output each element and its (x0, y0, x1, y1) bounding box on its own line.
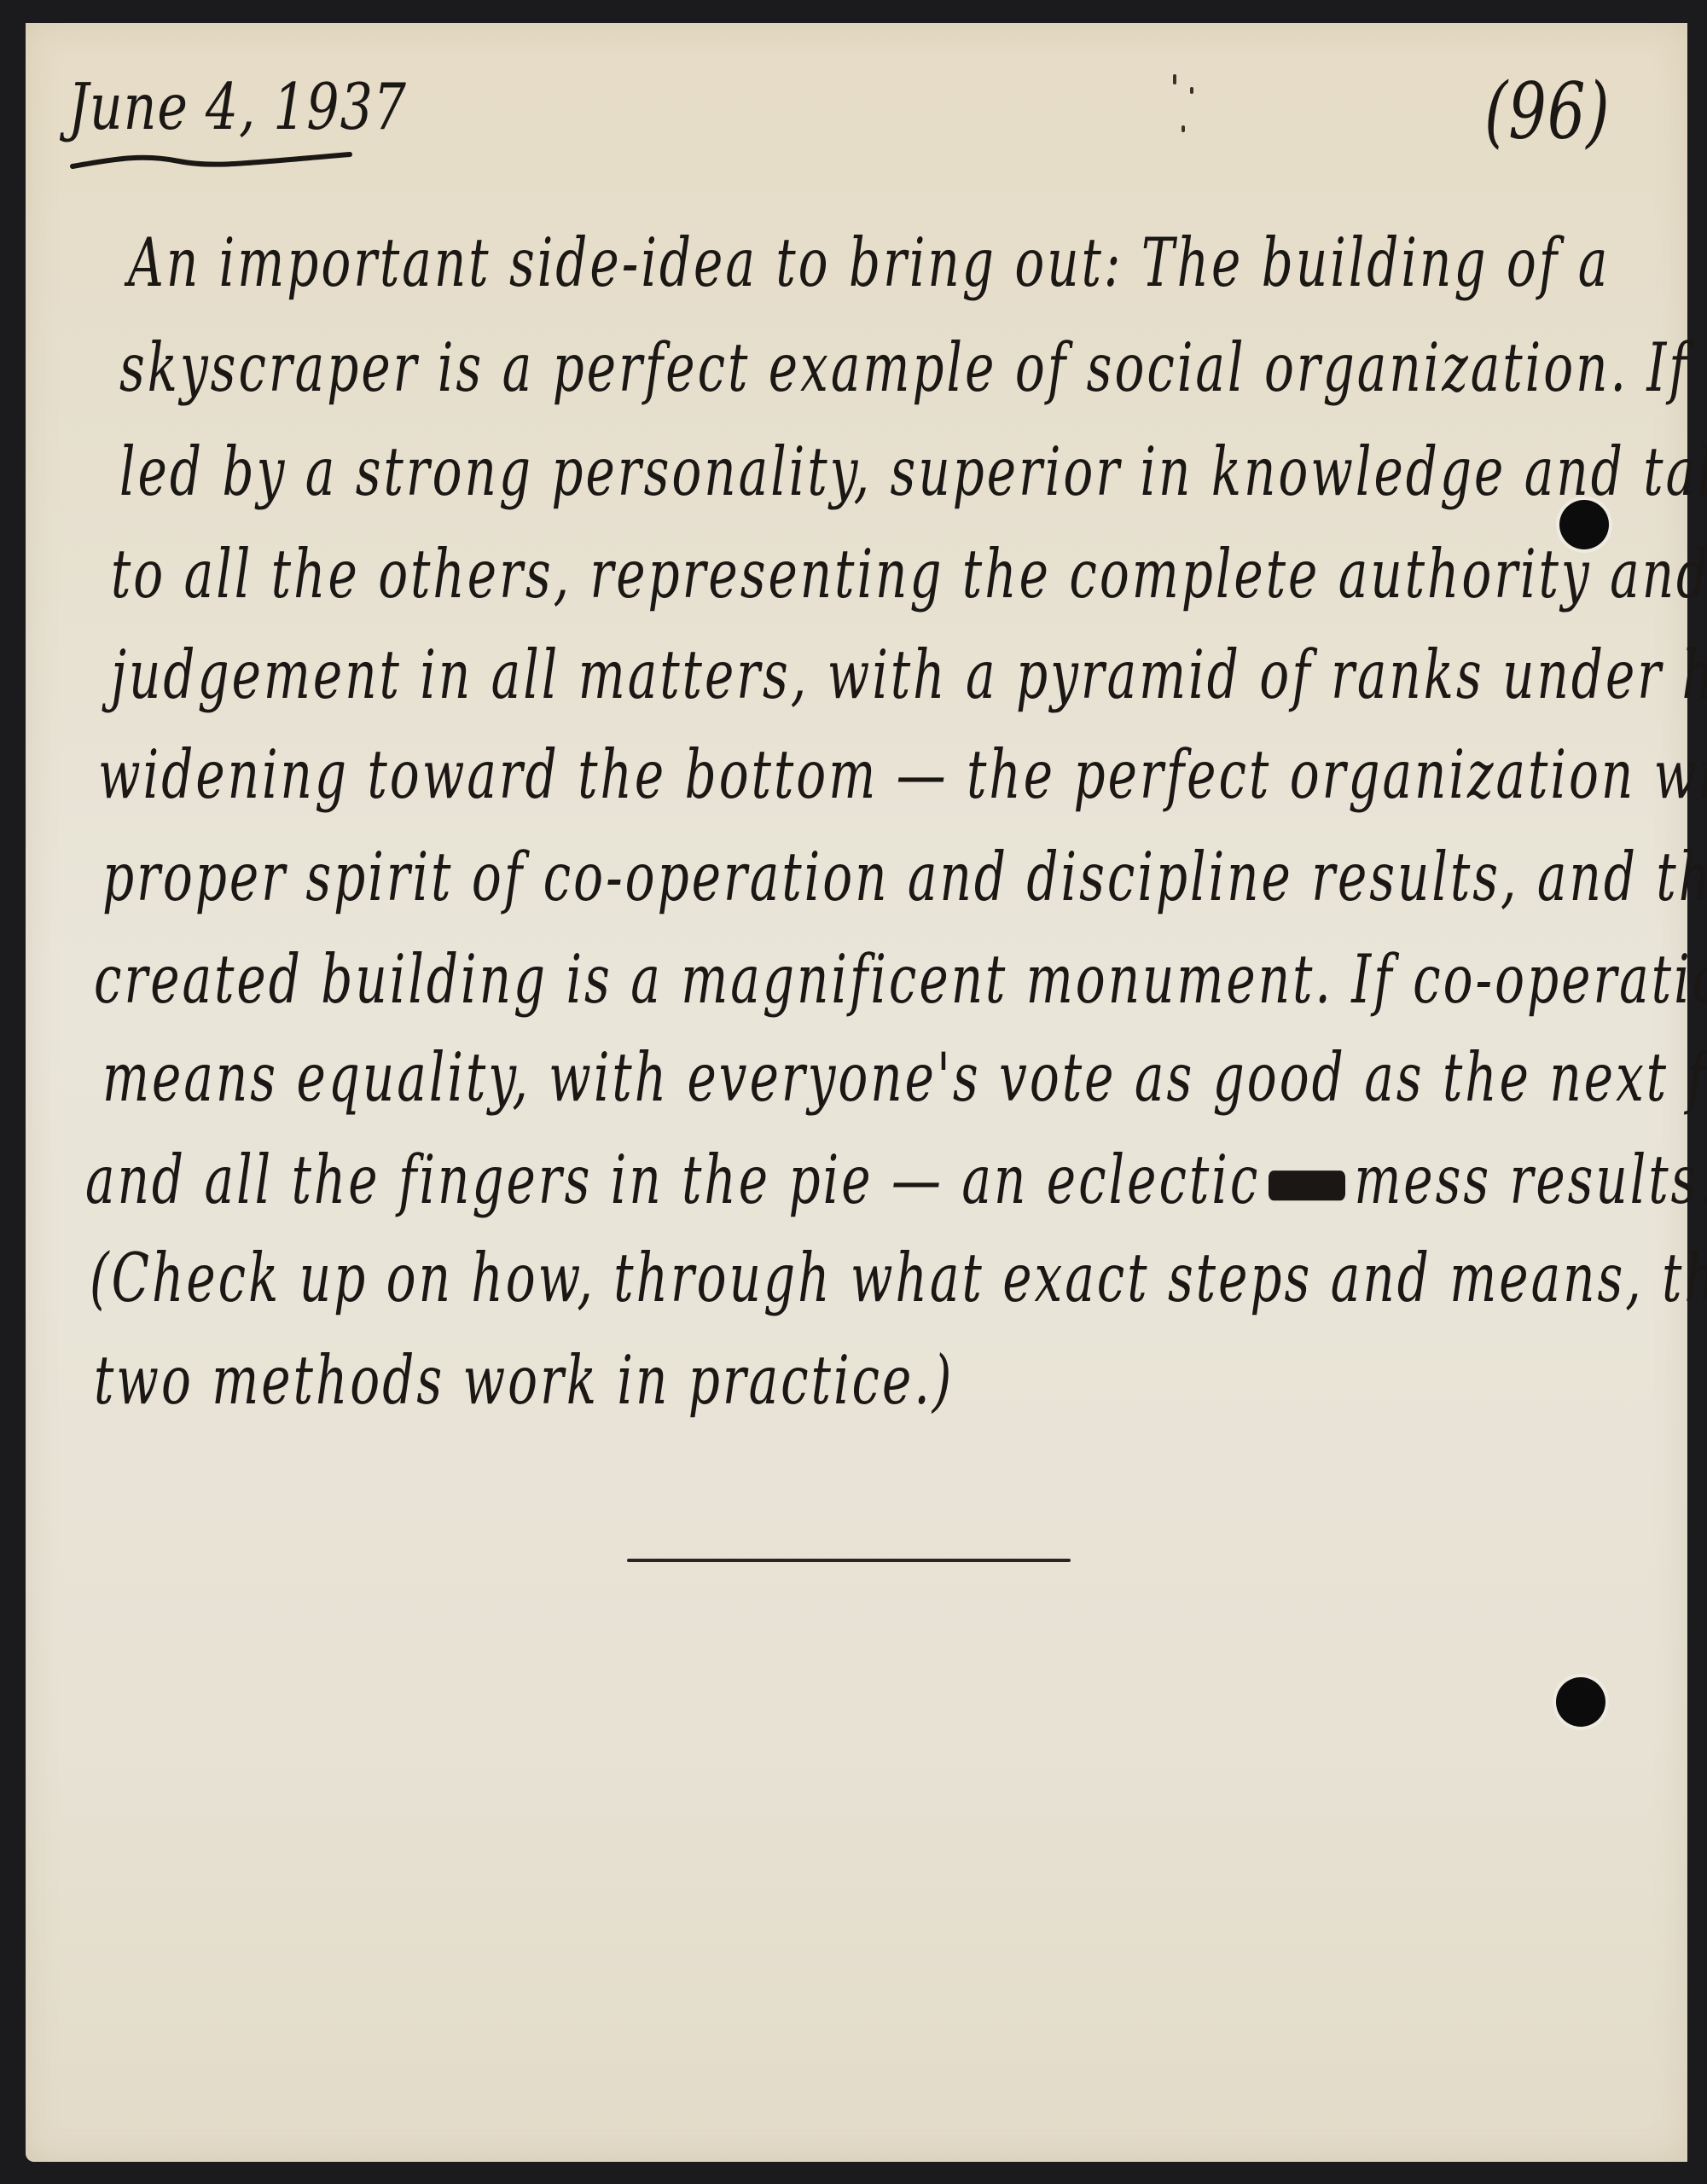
struck-through-word (1269, 1170, 1345, 1200)
text-line-5: judgement in all matters, with a pyramid… (111, 636, 1707, 714)
text-line-2: skyscraper is a perfect example of socia… (119, 328, 1690, 407)
text-line-3: led by a strong personality, superior in… (119, 433, 1707, 511)
text-line-8: created building is a magnificent monume… (94, 940, 1707, 1019)
text-line-10: and all the fingers in the pie — an ecle… (85, 1141, 1707, 1219)
text-line-12: two methods work in practice.) (94, 1341, 954, 1420)
manuscript-page: June 4, 1937 (96) An important side-idea… (26, 23, 1687, 2162)
text-line-9: means equality, with everyone's vote as … (102, 1038, 1707, 1117)
closing-rule (627, 1559, 1071, 1562)
text-line-6: widening toward the bottom — the perfect… (98, 735, 1707, 814)
text-line-1: An important side-idea to bring out: The… (128, 224, 1610, 302)
date-heading: June 4, 1937 (68, 70, 407, 145)
punch-hole-top (1559, 500, 1609, 549)
text-line-10-start: and all the fingers in the pie — an ecle… (85, 1141, 1260, 1219)
ink-speck (1182, 125, 1185, 132)
ink-speck (1190, 87, 1193, 94)
text-line-4: to all the others, representing the comp… (111, 535, 1707, 613)
text-line-11: (Check up on how, through what exact ste… (90, 1239, 1707, 1317)
page-number: (96) (1484, 66, 1611, 157)
text-line-10-end: mess results. (1354, 1141, 1707, 1219)
date-underline (68, 151, 358, 170)
punch-hole-bottom (1556, 1677, 1605, 1727)
ink-speck (1173, 74, 1176, 84)
text-line-7: proper spirit of co-operation and discip… (102, 838, 1707, 916)
